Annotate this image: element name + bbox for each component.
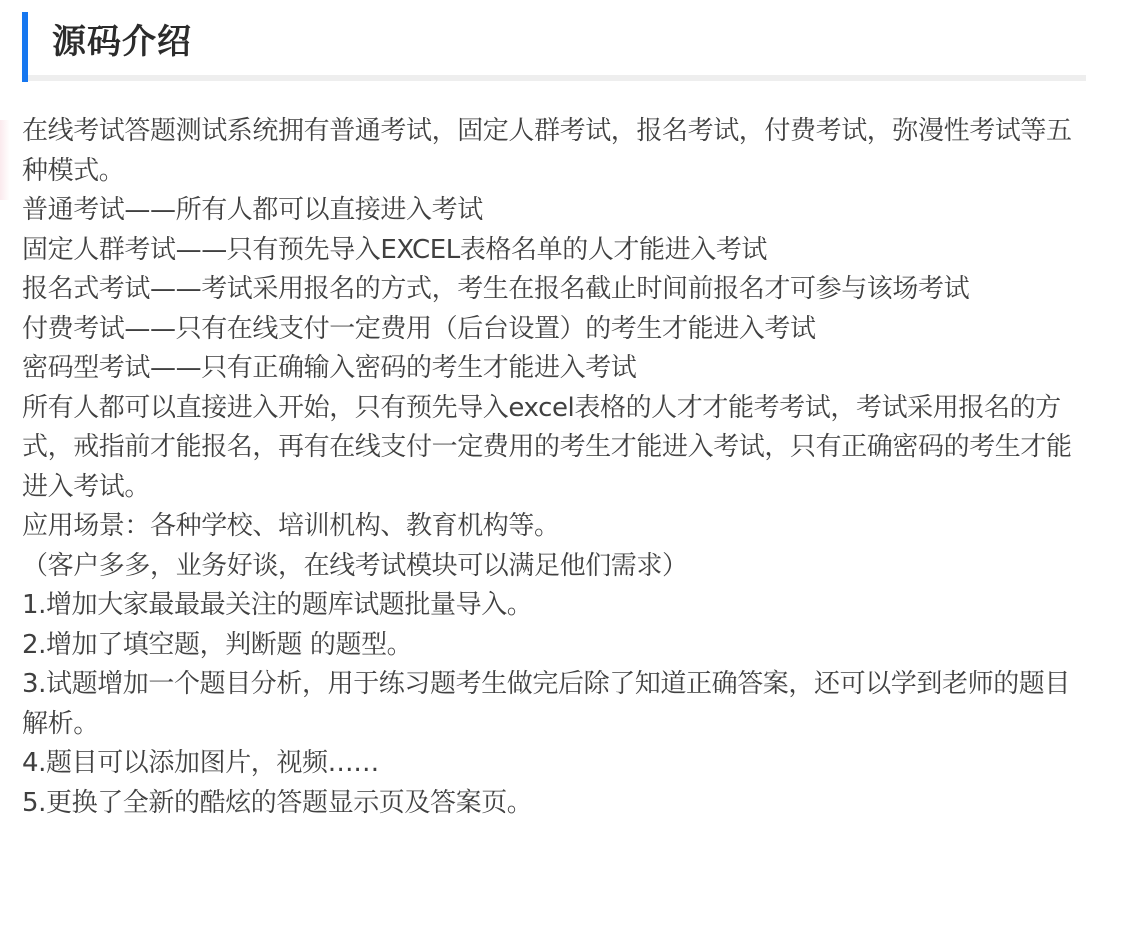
paragraph-normal-exam: 普通考试——所有人都可以直接进入考试 [22, 191, 1092, 231]
section-title: 源码介绍 [52, 20, 192, 64]
paragraph-password-exam: 密码型考试——只有正确输入密码的考生才能进入考试 [22, 349, 1092, 389]
feature-item-3: 3.试题增加一个题目分析，用于练习题考生做完后除了知道正确答案，还可以学到老师的… [22, 665, 1092, 744]
section-header: 源码介绍 [22, 12, 1086, 82]
article-body: 在线考试答题测试系统拥有普通考试，固定人群考试，报名考试，付费考试，弥漫性考试等… [22, 112, 1092, 823]
paragraph-paid-exam: 付费考试——只有在线支付一定费用（后台设置）的考生才能进入考试 [22, 310, 1092, 350]
feature-item-5: 5.更换了全新的酷炫的答题显示页及答案页。 [22, 784, 1092, 824]
feature-item-2: 2.增加了填空题，判断题 的题型。 [22, 626, 1092, 666]
paragraph-registration-exam: 报名式考试——考试采用报名的方式，考生在报名截止时间前报名才可参与该场考试 [22, 270, 1092, 310]
paragraph-use-cases: 应用场景：各种学校、培训机构、教育机构等。 [22, 507, 1092, 547]
paragraph-intro: 在线考试答题测试系统拥有普通考试，固定人群考试，报名考试，付费考试，弥漫性考试等… [22, 112, 1092, 191]
paragraph-fixed-group-exam: 固定人群考试——只有预先导入EXCEL表格名单的人才能进入考试 [22, 231, 1092, 271]
edge-tint-decoration [0, 120, 10, 200]
header-underline-divider [28, 75, 1086, 81]
feature-item-1: 1.增加大家最最最关注的题库试题批量导入。 [22, 586, 1092, 626]
feature-item-4: 4.题目可以添加图片，视频…… [22, 744, 1092, 784]
accent-bar [22, 12, 28, 82]
paragraph-customer-note: （客户多多，业务好谈，在线考试模块可以满足他们需求） [22, 547, 1092, 587]
paragraph-summary: 所有人都可以直接进入开始，只有预先导入excel表格的人才才能考考试，考试采用报… [22, 389, 1092, 508]
